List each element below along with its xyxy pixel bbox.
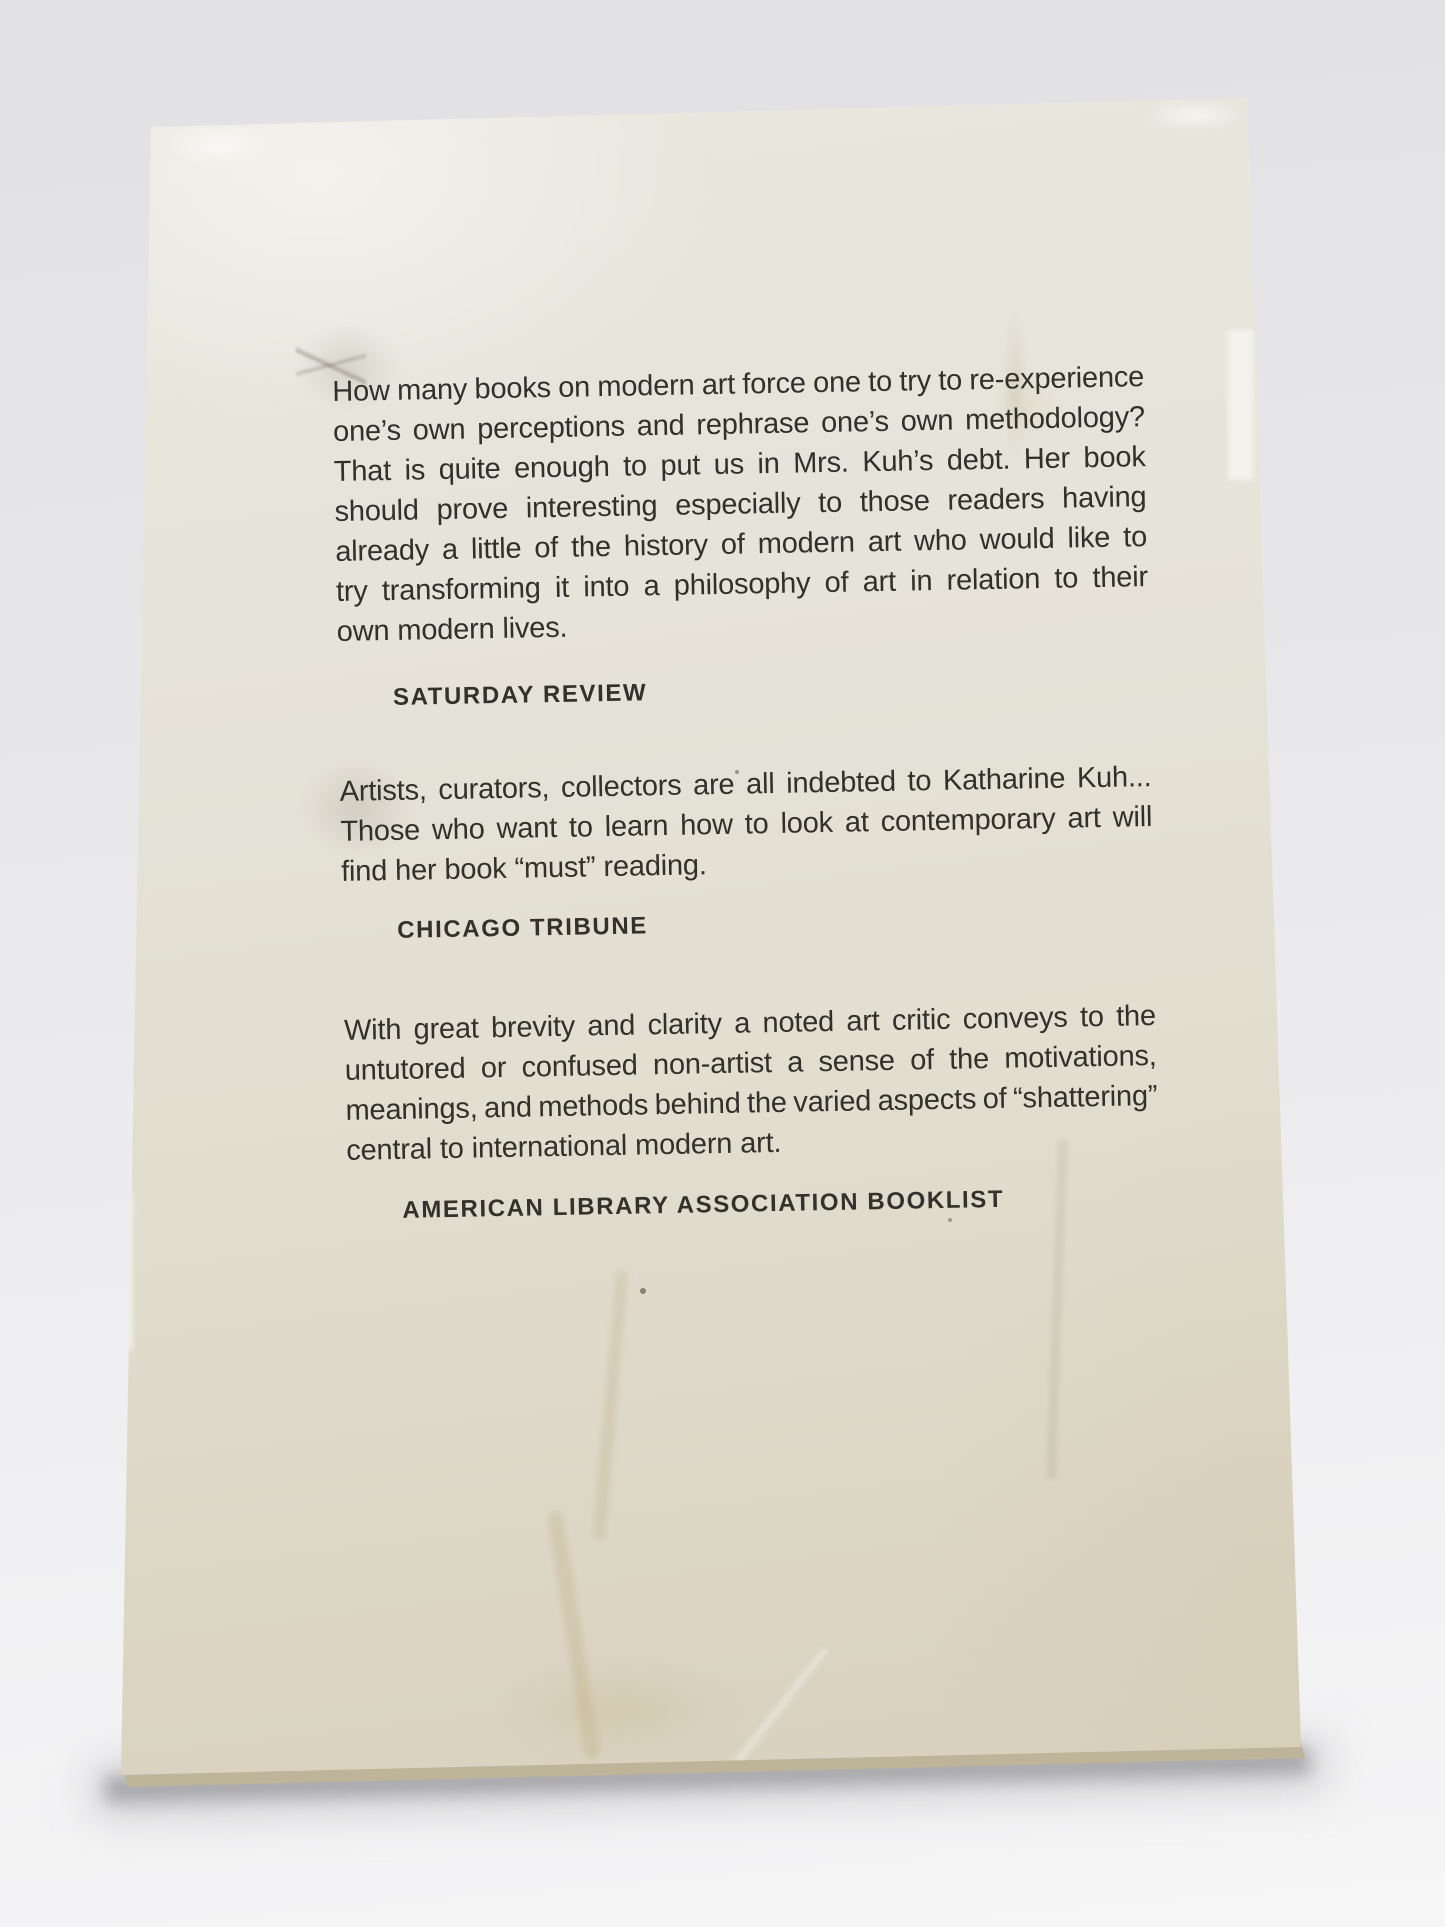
word: readers xyxy=(947,479,1045,521)
back-cover-review-quotes: Howmanybooksonmodernartforceonetotrytore… xyxy=(332,357,1159,1225)
word: behind xyxy=(654,1084,741,1126)
word: relation xyxy=(946,559,1040,601)
word: having xyxy=(1062,477,1147,519)
word: book xyxy=(444,849,507,890)
word: to xyxy=(1080,997,1105,1037)
word: try xyxy=(336,571,368,612)
word: aspects xyxy=(877,1079,976,1121)
word: to xyxy=(938,360,963,400)
word: Artists, xyxy=(339,770,427,812)
word: especially xyxy=(675,483,801,525)
word: With xyxy=(344,1010,402,1051)
word: modern xyxy=(597,365,695,407)
word: find xyxy=(341,851,388,892)
word: to xyxy=(1054,558,1079,598)
word: all xyxy=(746,764,775,805)
word: international xyxy=(471,1126,627,1169)
word: Her xyxy=(1023,438,1070,479)
word: to xyxy=(440,1129,465,1169)
word: critic xyxy=(892,1000,951,1041)
drip-stain-upper xyxy=(592,1270,628,1540)
word: and xyxy=(636,406,685,447)
word: a xyxy=(643,566,660,606)
word: to xyxy=(744,804,769,844)
word: who xyxy=(432,809,485,850)
word: of xyxy=(824,563,849,603)
word: re-experience xyxy=(969,357,1144,400)
word: the xyxy=(747,1083,787,1124)
word: one’s xyxy=(821,402,890,443)
word: conveys xyxy=(962,998,1068,1040)
word: book xyxy=(1083,437,1146,478)
word: of xyxy=(534,528,559,568)
word: transforming xyxy=(382,568,541,611)
word: non-artist xyxy=(653,1043,773,1085)
word: perceptions xyxy=(477,407,625,450)
word: Kuh... xyxy=(1077,757,1152,798)
word: “must” xyxy=(514,847,596,888)
word: little xyxy=(471,529,522,570)
word: clarity xyxy=(647,1004,722,1045)
word: Katharine xyxy=(943,759,1066,801)
speck xyxy=(948,1218,952,1222)
word: force xyxy=(742,363,806,404)
word: at xyxy=(845,802,870,842)
word: her xyxy=(395,850,437,891)
word: modern xyxy=(635,1124,733,1166)
word: own xyxy=(412,410,465,451)
quote-paragraph: Artists,curators,collectorsareallindebte… xyxy=(339,757,1153,892)
word: their xyxy=(1092,557,1148,598)
word: to xyxy=(569,807,594,847)
word: That xyxy=(333,451,391,492)
word: meanings, xyxy=(345,1088,478,1130)
word: or xyxy=(480,1048,506,1088)
word: untutored xyxy=(344,1049,465,1091)
word: a xyxy=(734,1003,751,1043)
word: indebted xyxy=(786,762,896,804)
word: to xyxy=(1123,517,1148,557)
drip-stain-blob xyxy=(460,1645,780,1775)
word: rephrase xyxy=(696,403,810,445)
word: philosophy xyxy=(673,563,810,605)
word: of xyxy=(910,1040,935,1080)
drip-stain-lower xyxy=(547,1510,602,1759)
word: art xyxy=(1067,798,1101,839)
photo-background: Howmanybooksonmodernartforceonetotrytore… xyxy=(0,0,1445,1927)
word: those xyxy=(859,481,930,522)
corner-wear-top-right xyxy=(1130,95,1260,135)
word: interesting xyxy=(525,486,657,528)
ala-booklist-quote: Withgreatbrevityandclarityanotedartcriti… xyxy=(344,996,1160,1225)
word: lives. xyxy=(502,608,568,649)
attribution-ala-booklist-quote: AMERICAN LIBRARY ASSOCIATION BOOKLIST xyxy=(402,1184,1159,1224)
word: the xyxy=(571,527,611,568)
word: confused xyxy=(521,1046,638,1088)
word: the xyxy=(949,1039,989,1080)
word: Kuh’s xyxy=(862,441,934,482)
book-back-cover: Howmanybooksonmodernartforceonetotrytore… xyxy=(0,0,1445,1927)
attribution-saturday-review-quote: SATURDAY REVIEW xyxy=(393,671,1150,711)
word: learn xyxy=(604,806,668,847)
word: one xyxy=(813,362,862,403)
word: enough xyxy=(514,447,610,489)
word: quite xyxy=(438,449,501,490)
word: art xyxy=(867,522,901,563)
word: art xyxy=(701,365,735,406)
word: sense xyxy=(818,1041,895,1082)
word: on xyxy=(558,367,591,408)
word: who xyxy=(914,520,967,561)
word: reading. xyxy=(603,845,707,887)
quote-paragraph: Withgreatbrevityandclarityanotedartcriti… xyxy=(344,996,1159,1171)
word: own xyxy=(336,611,389,652)
word: great xyxy=(413,1008,479,1049)
word: art xyxy=(846,1001,880,1042)
word: and xyxy=(484,1087,533,1128)
word: a xyxy=(787,1042,804,1082)
word: try xyxy=(899,361,931,402)
chicago-tribune-quote: Artists,curators,collectorsareallindebte… xyxy=(339,757,1154,945)
word: to xyxy=(623,446,648,486)
word: contemporary xyxy=(880,799,1056,842)
edge-wear-left xyxy=(110,1190,132,1350)
word: into xyxy=(583,567,630,608)
word: in xyxy=(910,561,933,601)
word: should xyxy=(334,490,419,532)
word: are xyxy=(693,765,735,806)
word: debt. xyxy=(946,440,1010,481)
speck xyxy=(640,1288,646,1294)
word: it xyxy=(555,568,570,608)
word: methodology? xyxy=(965,397,1145,440)
word: look xyxy=(780,803,833,844)
word: of xyxy=(721,524,746,564)
word: own xyxy=(900,401,953,442)
word: books xyxy=(474,368,551,409)
word: many xyxy=(397,370,468,411)
word: put xyxy=(660,445,700,486)
word: collectors xyxy=(561,766,682,808)
word: Those xyxy=(340,810,420,851)
word: modern xyxy=(397,609,495,651)
word: noted xyxy=(762,1002,834,1043)
word: motivations, xyxy=(1004,1036,1157,1079)
word: want xyxy=(496,808,557,849)
word: one’s xyxy=(333,411,402,452)
word: art. xyxy=(740,1123,782,1164)
word: to xyxy=(818,483,843,523)
word: Mrs. xyxy=(793,443,849,484)
corner-wear-top-left xyxy=(150,118,290,173)
edge-wear-right xyxy=(1228,330,1254,480)
word: us xyxy=(713,444,744,485)
word: and xyxy=(587,1006,636,1047)
quote-paragraph: Howmanybooksonmodernartforceonetotrytore… xyxy=(332,357,1149,652)
word: a xyxy=(442,530,459,570)
word: central xyxy=(346,1129,432,1171)
word: like xyxy=(1067,518,1110,559)
saturday-review-quote: Howmanybooksonmodernartforceonetotrytore… xyxy=(332,357,1150,712)
word: in xyxy=(757,444,780,484)
word: will xyxy=(1112,797,1152,838)
word: brevity xyxy=(491,1007,576,1049)
word: history xyxy=(624,525,709,567)
word: to xyxy=(868,362,893,402)
word: already xyxy=(335,530,429,572)
word: “shattering” xyxy=(1013,1076,1158,1119)
word: to xyxy=(907,761,932,801)
word: modern xyxy=(757,522,855,564)
word: curators, xyxy=(438,768,550,810)
word: art xyxy=(862,562,896,603)
word: how xyxy=(680,805,733,846)
word: varied xyxy=(793,1081,872,1122)
word: How xyxy=(332,371,390,412)
word: would xyxy=(979,519,1055,560)
attribution-chicago-tribune-quote: CHICAGO TRIBUNE xyxy=(397,904,1154,944)
word: is xyxy=(404,450,425,490)
word: methods xyxy=(538,1085,649,1127)
word: of xyxy=(982,1079,1007,1119)
word: the xyxy=(1116,996,1156,1037)
word: prove xyxy=(436,489,508,530)
